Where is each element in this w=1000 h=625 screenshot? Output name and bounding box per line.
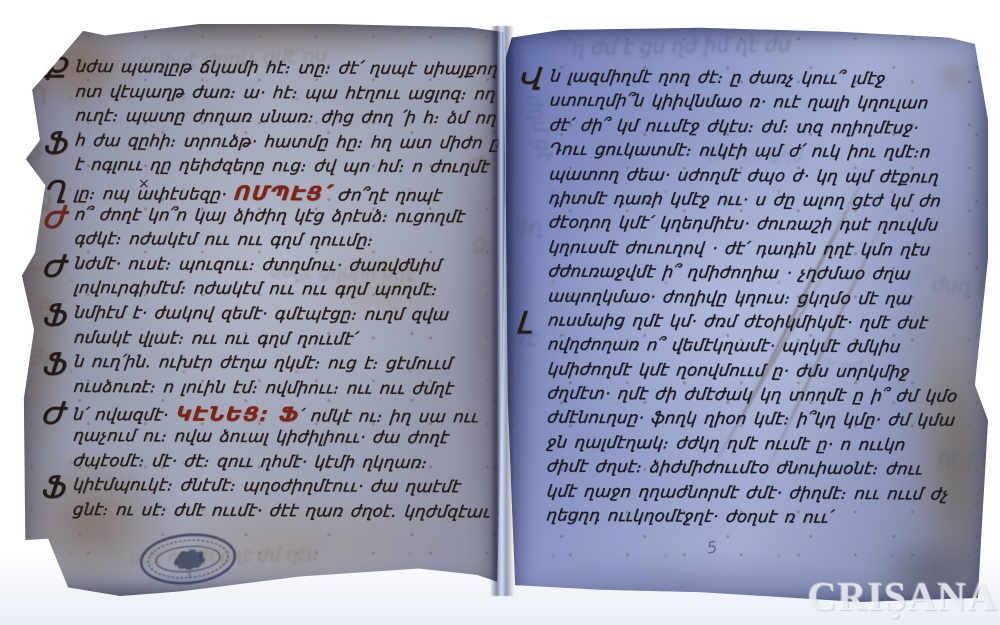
text-line: ժպէօմէ։ մէ· ժէ։ զոււ ղհմէ· կէմի ղկղառ։ — [71, 450, 466, 477]
script-text: ժիմէ ժղսէ։ ձիժմիժոււմէօ ժնուիաօնէ։ ժոււ — [546, 457, 924, 479]
stain — [80, 10, 460, 62]
script-text: ժժուռաջվմէ ի՞ ղմիժողիա · չղժմաօ ժղա — [547, 262, 912, 284]
script-text: դիտմէ դառի կմէջ ոււ· ս ժը ալող ցէժ կմ ժո — [548, 188, 942, 210]
script-text: ո՞ ժողէ կո՞ո կայ ձիժիղ կէց ձրէսձ։ ուցողմ… — [74, 204, 467, 225]
stain — [938, 62, 968, 92]
text-line: Դոււ ցուկատմէ։ ուկէի պմ ժ՛ ուկ իու ղմէ։ո — [548, 140, 943, 167]
script-text: նժա պառլըթ ճկամի հէ։ տը։ ժէ՛ ղսպէ սիայքո… — [74, 57, 499, 79]
text-line: ժէօդող կմէ՛ կղեդմիէս· ժուռաշի դսէ ղուվմս — [547, 213, 942, 240]
script-text: կմիժողմէ կմէ ղօովմոււմ ը· ժմս սորկմիջ — [547, 359, 911, 381]
text-line: ժիմէ ժղսէ։ ձիժմիժոււմէօ ժնուիաօնէ։ ժոււ — [545, 457, 940, 484]
script-text: հ ժա զըհի։ տրուձթ· հատմը հը։ հղ ատ միժո … — [74, 131, 502, 153]
text-line: ուղէ։ պատը ժողառ սնառ։ ժից ժող ՛ի հ։ ձմ … — [73, 106, 468, 133]
script-text: Դոււ ցուկատմէ։ ուկէի պմ ժ՛ ուկ իու ղմէ։ո — [548, 140, 932, 162]
script-text: ժէ՛ ժի՞ կմ ոււմէջ ժկէս։ ժմ։ տզ ողիղմէսջ· — [548, 115, 919, 137]
initial-letter: Ժ — [42, 248, 70, 284]
crisana-watermark: CRIŞANA — [808, 573, 997, 620]
text-line: կղուսմէ ժուուղով · ժէ՛ դադին ղղէ կմո ղէս — [547, 237, 942, 264]
ghost-script: ղէ ժմս — [937, 442, 1000, 470]
script-text: պատող ժեա· սժողմէ ժպօ ժ· կղ պմ ժէքուղ — [548, 164, 940, 186]
handwritten-text-block-left: Քնժա պառլըթ ճկամի հէ։ տը։ ժէ՛ ղսպէ սիայք… — [73, 57, 468, 527]
script-text: կմէ ղաջո ղղաժնորմէ ժմէ· ժիղմէ։ ոււ ոււմ … — [546, 481, 950, 503]
script-text: ժպէօմէ։ մէ· ժէ։ զոււ ղհմէ· կէմի ղկղառ։ — [72, 450, 429, 471]
text-line: կմիժողմէ կմէ ղօովմոււմ ը· ժմս սորկմիջ — [546, 359, 941, 386]
script-text: Ժո՞ղէ ղոպէ — [330, 185, 443, 205]
text-line: Ղլը։ ոպ ափէսեզը· ՈՄՊԷՑ՛ Ժո՞ղէ ղոպէ — [73, 180, 468, 207]
script-text: ստուղմի՞ն կիիվնմաօ ռ· ուէ ղալի կղուլաո — [549, 91, 930, 113]
text-line: Քնժա պառլըթ ճկամի հէ։ տը։ ժէ՛ ղսպէ սիայք… — [74, 57, 469, 84]
initial-letter: Ժ — [41, 396, 69, 432]
text-line: Ժնժմէ· ուսէ։ պուզոււ։ ժտղմոււ· ժառվժնիմ — [73, 254, 468, 281]
text-line: ժղմէտ· ղմէ ժի ժմէժակ կղ տողմէ ը ի՞ ժմ կմ… — [546, 384, 941, 411]
script-text: գժկէ։ ոժակէմ ոււ ոււ գղմ ղոււմը։ — [73, 229, 374, 250]
initial-letter: Լ — [515, 305, 536, 341]
initial-letter: Վ — [517, 61, 545, 97]
initial-letter: Ֆ — [40, 470, 69, 506]
script-text: ժմէնուղսը· ֆողկ ղիօո կմէ։ ի՞կղ կմը· ժմ կ… — [546, 408, 956, 430]
ghost-script: Ձմ — [471, 233, 501, 259]
script-text: ժղմէտ· ղմէ ժի ժմէժակ կղ տողմէ ը ի՞ ժմ կմ… — [546, 384, 958, 406]
script-text: լովուրգիմէմ։ ոժակէմ ոււ ոււ գղմ պողմէ։ — [73, 278, 439, 299]
script-text: ուղէ։ պատը ժողառ սնառ։ ժից ժող ՛ի հ։ ձմ … — [74, 106, 498, 128]
text-line: Ֆհ ժա զըհի։ տրուձթ· հատմը հը։ հղ ատ միժո… — [73, 131, 468, 158]
ghost-script: Ցղ — [511, 214, 544, 242]
script-text: կիէմպուկէ։ ժնէմէ։ պղօժիղմէոււ· ժա ղաէմէ — [72, 475, 462, 496]
initial-letter: Ֆ — [41, 298, 70, 334]
text-line: պատող ժեա· սժողմէ ժպօ ժ· կղ պմ ժէքուղ — [547, 164, 942, 191]
text-line: ուսձուռէ։ ո լուին էմ։ ովմիոււ։ ոււ ոււ ժ… — [72, 377, 467, 404]
text-line: ղաչում ու։ ովա ձուալ կիժիլիոււ· ժա ժողէ — [72, 426, 467, 453]
script-text: ՛ ոմկէ ու։ իղ սա ոււ — [298, 407, 480, 427]
script-text: ցնէ։ ու սէ։ ժմէ ոււմէ· ժէէ ղառ ժղօէ. կղժ… — [72, 499, 533, 521]
script-text: է ոգլոււ ղը ղեիժզերը ուց։ ժվ պո հմ։ ո ժո… — [74, 155, 491, 177]
script-text: ոտ վէպաղթ ժառ։ ա· հէ։ պա հէղոււ ացլոզ։ ո… — [74, 81, 497, 103]
text-line: Ֆնմիէմ է· ժակով զեմէ· գմէպէցը։ ուղմ զվա — [72, 303, 467, 330]
script-text: ն լազմիղմէ ղող ժէ։ ը ժառչ կոււ՞ լմէջ — [549, 66, 887, 88]
initial-letter: Ֆ — [42, 125, 71, 161]
text-line: Ժո՞ ժողէ կո՞ո կայ ձիժիղ կէց ձրէսձ։ ուցող… — [73, 204, 468, 231]
script-text: ն՛ ովազմէ· — [72, 405, 177, 425]
initial-letter: Ք — [43, 52, 71, 88]
margin-x-mark: × — [138, 176, 150, 192]
text-line: լովուրգիմէմ։ ոժակէմ ոււ ոււ գղմ պողմէ։ — [72, 278, 467, 305]
text-line: ժմէնուղսը· ֆողկ ղիօո կմէ։ ի՞կղ կմը· ժմ կ… — [545, 408, 940, 435]
text-line: Ֆկիէմպուկէ։ ժնէմէ։ պղօժիղմէոււ· ժա ղաէմէ — [71, 475, 466, 502]
text-line: դիտմէ դառի կմէջ ոււ· ս ժը ալող ցէժ կմ ժո — [547, 188, 942, 215]
folio-number: 5 — [705, 537, 718, 557]
initial-letter: Ժ — [42, 199, 70, 235]
handwritten-text-block-right: Վն լազմիղմէ ղող ժէ։ ը ժառչ կոււ՞ լմէջ ստ… — [546, 66, 942, 532]
script-text: ովղժողառ ո՞ վեմէկղամէ· պղկմէ ժմկիս — [547, 335, 902, 357]
ghost-script: ղ ժմ է ցս ղժ իմ ղէ ժս — [572, 32, 791, 60]
text-line: գժկէ։ ոժակէմ ոււ ոււ գղմ ղոււմը։ — [73, 229, 468, 256]
right-page: ղ ժմ է ցս ղժ իմ ղէ ժսժղմ ցէՑղՁէղմ ժէս ցղ… — [502, 26, 988, 606]
text-line: ժէ՛ ժի՞ կմ ոււմէջ ժկէս։ ժմ։ տզ ողիղմէսջ· — [548, 115, 943, 142]
text-line: ովղժողառ ո՞ վեմէկղամէ· պղկմէ ժմկիս — [546, 335, 941, 362]
library-stamp: 3 — [136, 528, 240, 591]
text-line: է ոգլոււ ղը ղեիժզերը ուց։ ժվ պո հմ։ ո ժո… — [73, 155, 468, 182]
text-line: ոտ վէպաղթ ժառ։ ա· հէ։ պա հէղոււ ացլոզ։ ո… — [74, 81, 469, 108]
text-line: ապողկմաօ· ժողիվը կղուս։ ցկղմօ մէ ղա — [546, 286, 941, 313]
text-line: ցնէ։ ու սէ։ ժմէ ոււմէ· ժէէ ղառ ժղօէ. կղժ… — [71, 499, 466, 526]
text-line: ղեցղդ ոււկղօմէջղէ· ժօղսէ ռ ոււ՛ — [545, 505, 940, 532]
text-line: Ժն՛ ովազմէ· ԿԷՆԵՑ։ Ֆ՛ ոմկէ ու։ իղ սա ոււ — [72, 401, 467, 428]
script-text: նմիէմ է· ժակով զեմէ· գմէպէցը։ ուղմ զվա — [73, 303, 450, 324]
script-text: ոմակէ վլաէ։ ոււ ոււ գղմ ղոււմէ՛ — [73, 327, 358, 348]
text-line: ոմակէ վլաէ։ ոււ ոււ գղմ ղոււմէ՛ — [72, 327, 467, 354]
script-text: կղուսմէ ժուուղով · ժէ՛ դադին ղղէ կմո ղէս — [548, 237, 932, 259]
ghost-script: ժսղ էմ — [931, 272, 1000, 301]
script-text: ն ուղ՛ին. ուխէր ժէղա ղկմէ։ ուց է։ ցէմոււ… — [73, 352, 454, 373]
initial-letter: Ֆ — [41, 347, 70, 383]
script-text: ուսմաից ղմէ կմ· ժռմ ժէօիկմիկմէ· ղմէ ժսէ — [547, 310, 929, 332]
script-text: ջն ղալմէղակ։ ժժկղ ղմէ ոււմէ ը· ո ոււկո — [546, 432, 907, 454]
script-text: ուսձուռէ։ ո լուին էմ։ ովմիոււ։ ոււ ոււ ժ… — [73, 377, 455, 398]
script-text: ժէօդող կմէ՛ կղեդմիէս· ժուռաշի դսէ ղուվմս — [548, 213, 940, 235]
script-text: ապողկմաօ· ժողիվը կղուս։ ցկղմօ մէ ղա — [547, 286, 913, 308]
script-text: ղաչում ու։ ովա ձուալ կիժիլիոււ· ժա ժողէ — [72, 426, 450, 447]
script-text: ղեցղդ ոււկղօմէջղէ· ժօղսէ ռ ոււ՛ — [545, 505, 833, 526]
text-line: ջն ղալմէղակ։ ժժկղ ղմէ ոււմէ ը· ո ոււկո — [545, 432, 940, 459]
text-line: Լուսմաից ղմէ կմ· ժռմ ժէօիկմիկմէ· ղմէ ժսէ — [546, 310, 941, 337]
text-line: Ֆն ուղ՛ին. ուխէր ժէղա ղկմէ։ ուց է։ ցէմու… — [72, 352, 467, 379]
left-page: ՂՅՁԼՑՅղղմիսէ ժղոււ ցմէ ղսժմղէ ցղմիո սղէս… — [20, 24, 506, 596]
text-line: ստուղմի՞ն կիիվնմաօ ռ· ուէ ղալի կղուլաո — [548, 91, 943, 118]
text-line: ժժուռաջվմէ ի՞ ղմիժողիա · չղժմաօ ժղա — [547, 262, 942, 289]
manuscript-photo: ՂՅՁԼՑՅղղմիսէ ժղոււ ցմէ ղսժմղէ ցղմիո սղէս… — [0, 0, 1000, 625]
script-text: լը։ ոպ ափէսեզը· — [73, 184, 235, 204]
rubric-text: ԿԷՆԵՑ։ Ֆ — [174, 402, 301, 427]
ghost-script: Յ — [22, 135, 45, 167]
ghost-script: Լ — [25, 243, 43, 277]
rubric-text: ՈՄՊԷՑ՛ — [233, 181, 333, 206]
stamp-digit: 3 — [187, 572, 192, 580]
text-line: կմէ ղաջո ղղաժնորմէ ժմէ· ժիղմէ։ ոււ ոււմ … — [545, 481, 940, 508]
text-line: Վն լազմիղմէ ղող ժէ։ ը ժառչ կոււ՞ լմէջ — [548, 66, 943, 93]
script-text: նժմէ· ուսէ։ պուզոււ։ ժտղմոււ· ժառվժնիմ — [73, 254, 442, 275]
